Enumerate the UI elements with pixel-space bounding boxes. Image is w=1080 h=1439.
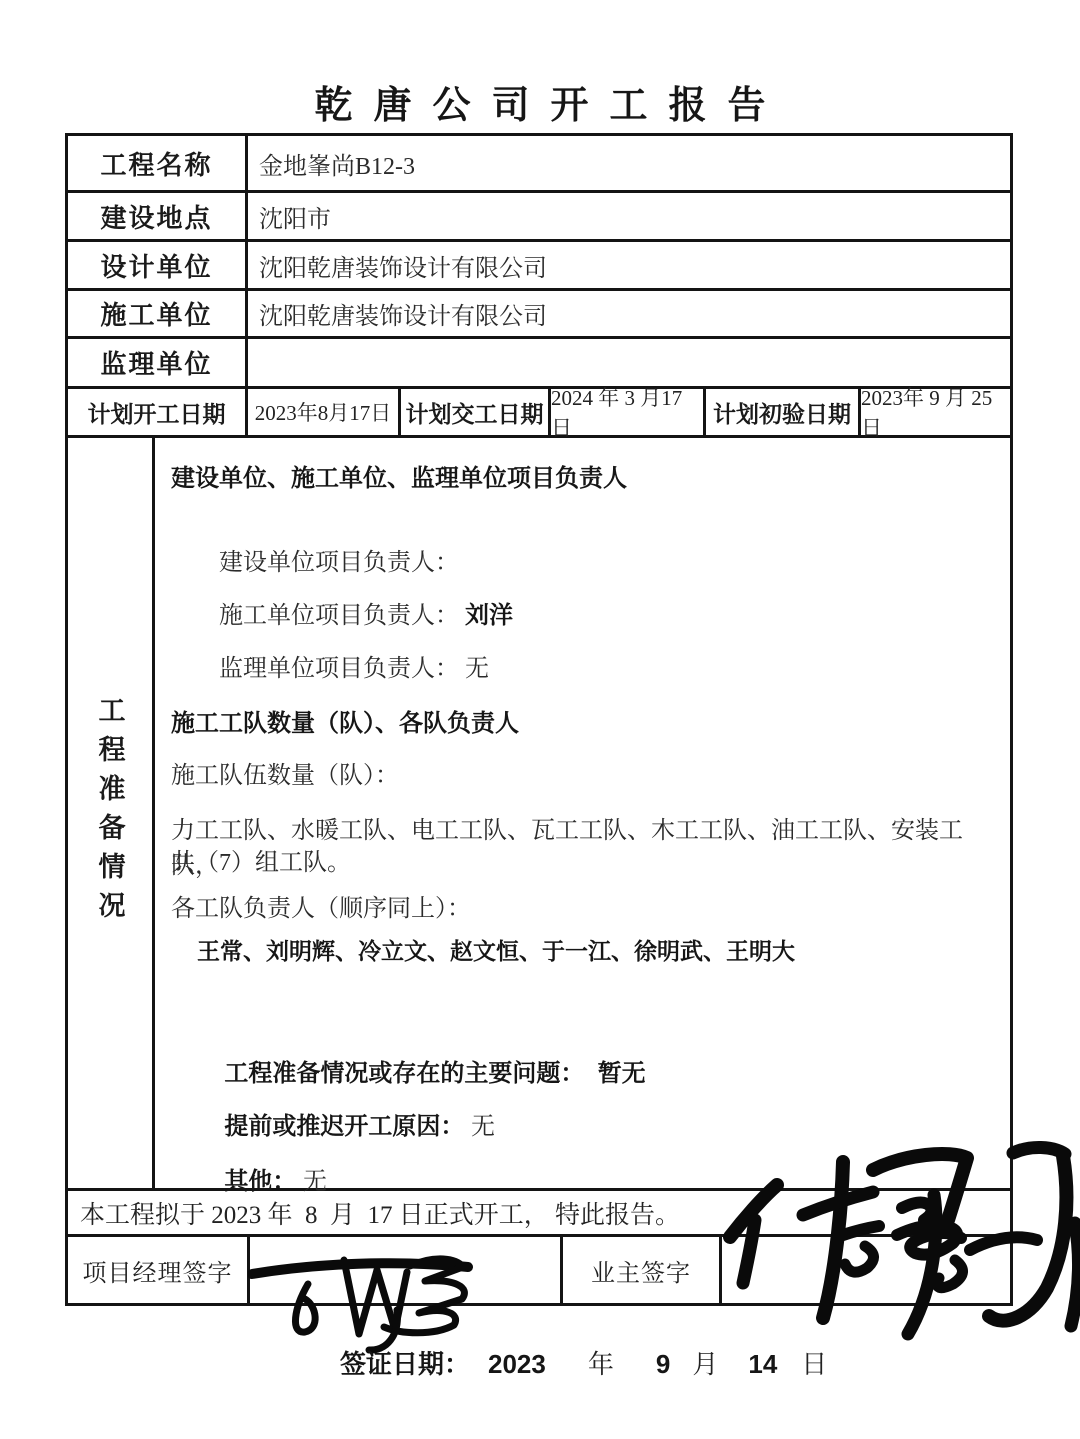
preparation-content: 建设单位、施工单位、监理单位项目负责人 建设单位项目负责人： 施工单位项目负责人… bbox=[155, 438, 1010, 1188]
location-label: 建设地点 bbox=[68, 193, 248, 239]
table-row: 建设地点 沈阳市 bbox=[68, 193, 1010, 242]
table-row: 工程名称 金地峯尚B12-3 bbox=[68, 136, 1010, 193]
sign-date-line: 签证日期： 2023 年 9 月 14 日 bbox=[340, 1344, 827, 1381]
project-name-value: 金地峯尚B12-3 bbox=[248, 136, 1010, 190]
planned-inspection-label: 计划初验日期 bbox=[706, 389, 861, 435]
supervision-unit-value bbox=[248, 339, 1010, 386]
sign-date-year: 2023 bbox=[488, 1349, 546, 1380]
preparation-side-label: 工程准备情况 bbox=[68, 438, 155, 1188]
planned-start-label: 计划开工日期 bbox=[68, 389, 248, 435]
teams-heading: 施工工队数量（队）、各队负责人 bbox=[171, 703, 519, 738]
table-row: 施工单位 沈阳乾唐装饰设计有限公司 bbox=[68, 291, 1010, 339]
planned-inspection-date: 2023年 9 月 25 日 bbox=[861, 389, 1010, 435]
leaders-names-line: 王常、刘明辉、冷立文、赵文恒、于一江、徐明武、王明大 bbox=[197, 933, 795, 966]
construction-unit-value: 沈阳乾唐装饰设计有限公司 bbox=[248, 291, 1010, 336]
supervision-unit-label: 监理单位 bbox=[68, 339, 248, 386]
responsibles-heading: 建设单位、施工单位、监理单位项目负责人 bbox=[171, 458, 627, 493]
schedule-row: 计划开工日期 2023年8月17日 计划交工日期 2024 年 3 月17日 计… bbox=[68, 389, 1010, 438]
supervisor-rep-line: 监理单位项目负责人： 无 bbox=[171, 621, 489, 710]
sign-date-day: 14 bbox=[748, 1349, 777, 1380]
sign-date-month-unit: 月 bbox=[692, 1344, 718, 1381]
commencement-report-table: 工程名称 金地峯尚B12-3 建设地点 沈阳市 设计单位 沈阳乾唐装饰设计有限公… bbox=[65, 133, 1013, 1306]
manager-signature-label: 项目经理签字 bbox=[68, 1237, 250, 1303]
signature-row: 项目经理签字 业主签字 bbox=[68, 1237, 1010, 1303]
sign-date-day-unit: 日 bbox=[801, 1344, 827, 1381]
project-name-label: 工程名称 bbox=[68, 136, 248, 190]
table-row: 设计单位 沈阳乾唐装饰设计有限公司 bbox=[68, 242, 1010, 291]
construction-unit-label: 施工单位 bbox=[68, 291, 248, 336]
sign-date-year-unit: 年 bbox=[588, 1344, 614, 1381]
team-count-line: 施工队伍数量（队）： bbox=[171, 755, 399, 790]
owner-signature-label: 业主签字 bbox=[563, 1237, 722, 1303]
planned-handover-date: 2024 年 3 月17日 bbox=[551, 389, 706, 435]
location-value: 沈阳市 bbox=[248, 193, 1010, 239]
planned-start-date: 2023年8月17日 bbox=[248, 389, 401, 435]
owner-signature-cell[interactable] bbox=[722, 1237, 1010, 1303]
teams-list-line2: 共（7）组工队。 bbox=[171, 842, 351, 877]
design-unit-label: 设计单位 bbox=[68, 242, 248, 288]
leaders-label-line: 各工队负责人（顺序同上）： bbox=[171, 888, 471, 923]
sign-date-month: 9 bbox=[656, 1349, 670, 1380]
page-title: 乾唐公司开工报告 bbox=[0, 74, 1080, 129]
planned-handover-label: 计划交工日期 bbox=[401, 389, 551, 435]
manager-signature-cell[interactable] bbox=[250, 1237, 563, 1303]
other-line: 其他： 无 bbox=[171, 1133, 327, 1224]
design-unit-value: 沈阳乾唐装饰设计有限公司 bbox=[248, 242, 1010, 288]
sign-date-label: 签证日期： bbox=[340, 1344, 470, 1381]
preparation-section: 工程准备情况 建设单位、施工单位、监理单位项目负责人 建设单位项目负责人： 施工… bbox=[68, 438, 1010, 1191]
